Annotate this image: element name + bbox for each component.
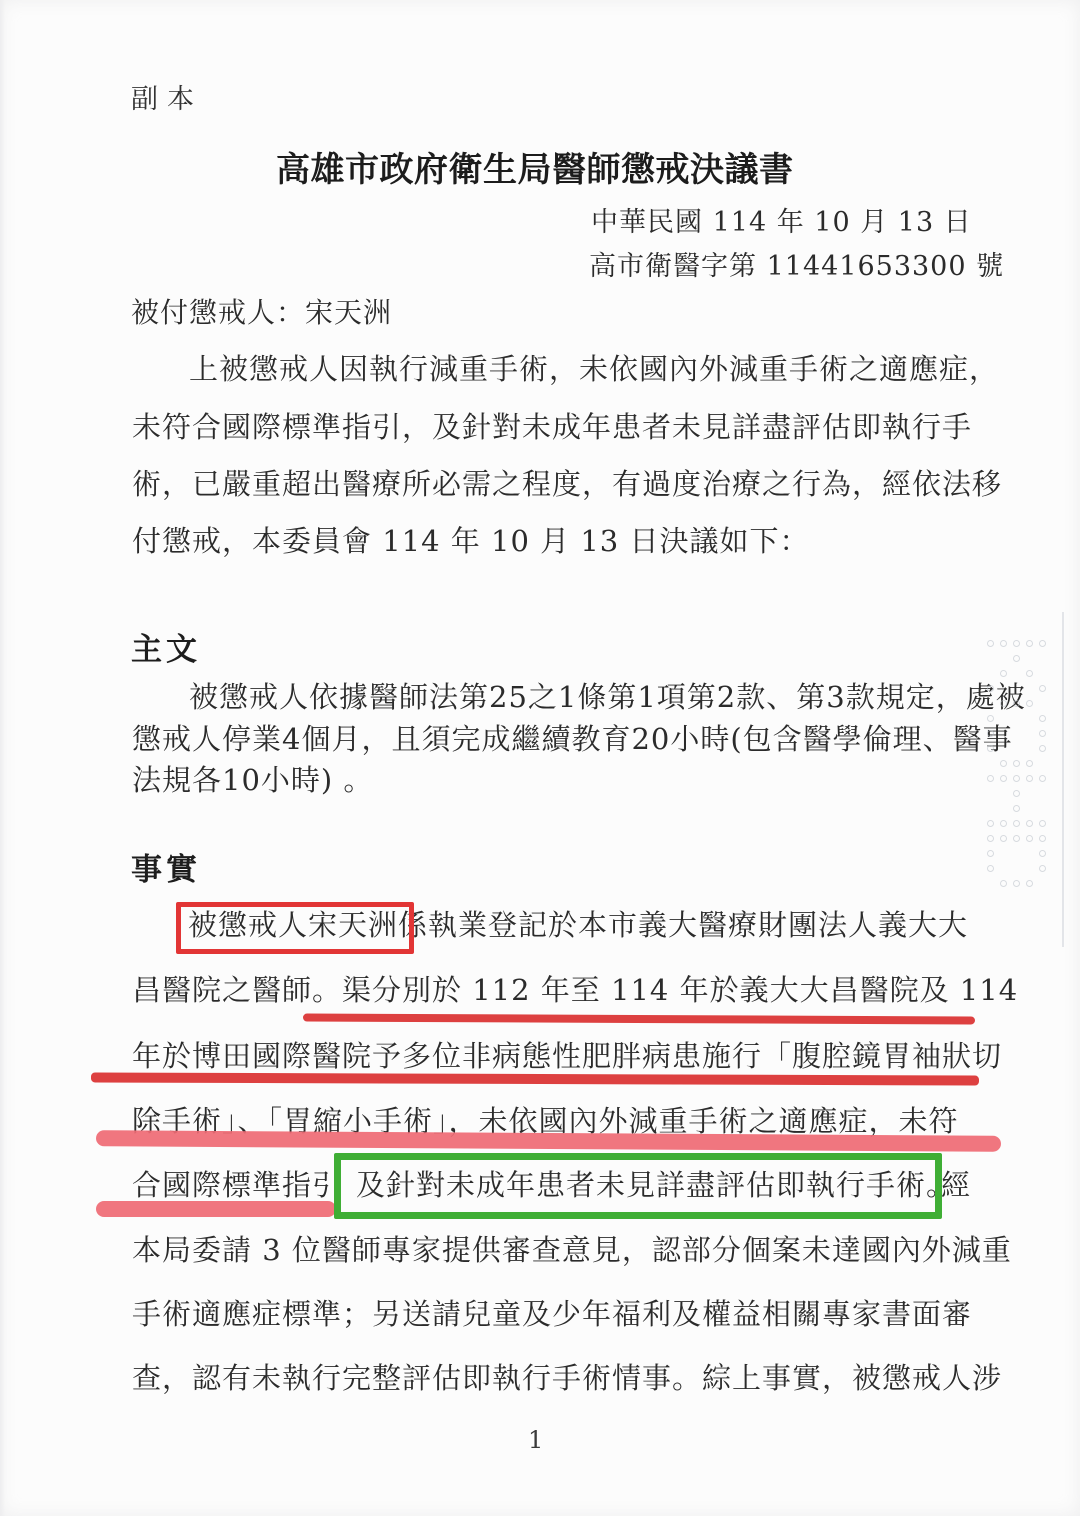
facts-line-5-after: 經 — [941, 1168, 971, 1203]
intro-line-3: 術，已嚴重超出醫療所必需之程度，有過度治療之行為，經依法移 — [132, 467, 1002, 502]
faint-dot-watermark — [984, 637, 1049, 892]
verdict-line-2: 懲戒人停業4個月，且須完成繼續教育20小時(包含醫學倫理、醫事 — [132, 722, 1013, 757]
verdict-line-1: 被懲戒人依據醫師法第25之1條第1項第2款、第3款規定，處被 — [189, 680, 1026, 715]
verdict-heading: 主文 — [131, 632, 201, 669]
facts-line-6: 本局委請 3 位醫師專家提供審查意見，認部分個案未達國內外減重 — [132, 1233, 1012, 1268]
facts-line-4: 除手術」、「胃縮小手術」，未依國內外減重手術之適應症，未符 — [132, 1104, 959, 1139]
watermark-dot-row — [984, 652, 1049, 667]
page-number: 1 — [528, 1426, 544, 1455]
watermark-dot-row — [984, 667, 1049, 682]
facts-line-2: 昌醫院之醫師。渠分別於 112 年至 114 年於義大大昌醫院及 114 — [132, 973, 1018, 1008]
watermark-dot-row — [984, 697, 1049, 712]
document-number: 高市衛醫字第 11441653300 號 — [589, 251, 1004, 283]
scan-edge-shadow — [0, 0, 5, 1516]
watermark-dot-row — [984, 787, 1049, 802]
watermark-dot-row — [984, 817, 1049, 832]
facts-line-7: 手術適應症標準；另送請兒童及少年福利及權益相關專家書面審 — [132, 1297, 972, 1332]
intro-line-4: 付懲戒，本委員會 114 年 10 月 13 日決議如下： — [132, 524, 809, 559]
copy-label: 副本 — [131, 84, 203, 116]
respondent-line: 被付懲戒人：宋天洲 — [131, 296, 392, 330]
verdict-line-3: 法規各10小時) 。 — [132, 763, 373, 798]
watermark-dot-row — [984, 682, 1049, 697]
scanned-document-page: 副本 高雄市政府衛生局醫師懲戒決議書 中華民國 114 年 10 月 13 日 … — [0, 0, 1080, 1516]
document-title: 高雄市政府衛生局醫師懲戒決議書 — [276, 150, 794, 191]
watermark-dot-row — [984, 757, 1049, 772]
facts-line-1-rest: 係執業登記於本市義大醫療財團法人義大大 — [398, 908, 968, 942]
watermark-dot-row — [984, 772, 1049, 787]
watermark-dot-row — [984, 832, 1049, 847]
scan-artifact-line — [1062, 612, 1064, 947]
watermark-dot-row — [984, 742, 1049, 757]
intro-line-2: 未符合國際標準指引，及針對未成年患者未見詳盡評估即執行手 — [132, 410, 972, 445]
red-underline-1 — [303, 1014, 975, 1025]
watermark-dot-row — [984, 712, 1049, 727]
facts-line-5-green-text: 及針對未成年患者未見詳盡評估即執行手術。 — [356, 1168, 956, 1203]
facts-line-3: 年於博田國際醫院予多位非病態性肥胖病患施行「腹腔鏡胃袖狀切 — [132, 1039, 1002, 1074]
watermark-dot-row — [984, 877, 1049, 892]
pink-highlight-underline-2 — [96, 1201, 336, 1217]
facts-line-5-before: 合國際標準指引 — [132, 1168, 342, 1203]
red-underline-2 — [91, 1072, 979, 1085]
watermark-dot-row — [984, 862, 1049, 877]
watermark-dot-row — [984, 727, 1049, 742]
watermark-dot-row — [984, 802, 1049, 817]
document-date: 中華民國 114 年 10 月 13 日 — [591, 207, 972, 239]
facts-line-1: 被懲戒人宋天洲係執業登記於本市義大醫療財團法人義大大 — [188, 908, 968, 943]
facts-line-1-boxed-text: 被懲戒人宋天洲 — [188, 908, 398, 942]
facts-heading: 事實 — [131, 852, 201, 889]
intro-line-1: 上被懲戒人因執行減重手術，未依國內外減重手術之適應症， — [189, 352, 999, 387]
facts-line-8: 查，認有未執行完整評估即執行手術情事。綜上事實，被懲戒人涉 — [132, 1361, 1002, 1396]
watermark-dot-row — [984, 637, 1049, 652]
watermark-dot-row — [984, 847, 1049, 862]
